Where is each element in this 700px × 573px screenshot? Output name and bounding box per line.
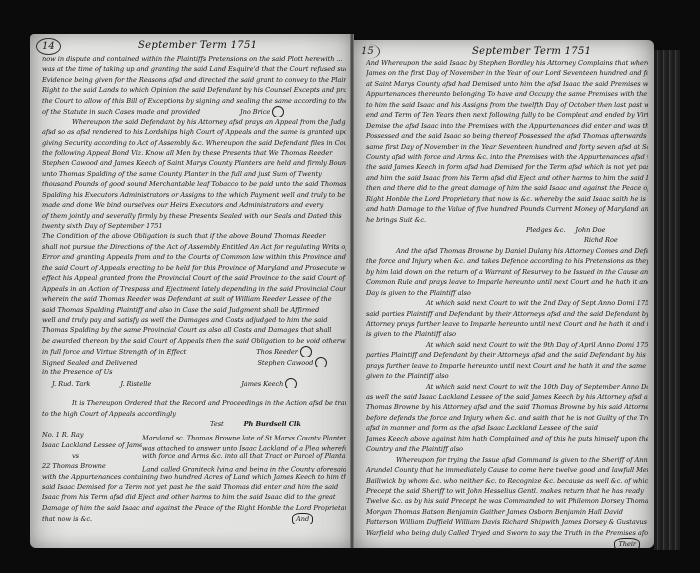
text-line: to the high Court of Appeals accordingly	[42, 409, 346, 419]
text-line: wherein the said Thomas Reeder was Defen…	[42, 294, 346, 304]
text-line: effect his Appeal granted from the Provi…	[42, 273, 346, 283]
text-line: Arundel County that he immediately Cause…	[366, 465, 648, 475]
text-line: Appeals in an Action of Trespass and Eje…	[42, 284, 346, 294]
text-line: Day is given to the Plaintiff also	[366, 288, 648, 298]
text-line: afsd in manner and form as the afsd Isaa…	[366, 423, 648, 433]
text-line: Damage of him the said Isaac and against…	[42, 503, 346, 513]
text-line: in full force and Virtue Strength of in …	[42, 346, 346, 356]
text-line: prays further leave to Imparle hereunto …	[366, 361, 648, 371]
text-line: Morgan Thomas Batson Benjamin Gaither Ja…	[366, 507, 648, 517]
witness-signature: J. Rud. Tark	[52, 380, 90, 388]
text-line: Patterson William Duffield William Davis…	[366, 517, 648, 527]
text-line: 22 Thomas BrowneLand called Graniteck ly…	[42, 461, 346, 471]
text-line: Whereupon for trying the Issue afsd Comm…	[366, 455, 648, 465]
signature: Jno Brice	[240, 108, 270, 116]
text-line: Demise the afsd Isaac into the Premises …	[366, 121, 648, 131]
text-line: same first Day of November in the Year S…	[366, 142, 648, 152]
seal-icon	[300, 346, 312, 356]
text-line: at Saint Marys County afsd had Demised u…	[366, 79, 648, 89]
text-line: Pledges &c.John Doe	[366, 225, 648, 235]
text-line: Attorney prays further leave to Imparle …	[366, 319, 648, 329]
text-line: Whereupon the said Defendant by his Atto…	[42, 117, 346, 127]
text-line: Possessed and the said Isaac so being th…	[366, 131, 648, 141]
seal-icon	[272, 106, 284, 116]
text-line: Precept the said Sheriff to wit John Hes…	[366, 486, 648, 496]
right-page-text: And Whereupon the said Isaac by Stephen …	[366, 58, 648, 549]
text-line: The Condition of the above Obligation is…	[42, 231, 346, 241]
text-line: At which said next Court to wit the 10th…	[366, 382, 648, 392]
text-line: then and there did to the great damage o…	[366, 183, 648, 193]
right-page-heading: September Term 1751	[472, 46, 591, 57]
text-line: Thomas Spalding by the same Provincial C…	[42, 325, 346, 335]
text-line: said parties Plaintiff and Defendant by …	[366, 309, 648, 319]
text-line: was at the time of taking up and grantin…	[42, 64, 346, 74]
text-line: of the Statute in such Cases made and pr…	[42, 106, 346, 116]
text-line: parties Plaintiff and Defendant by their…	[366, 350, 648, 360]
text-line: Signed Sealed and DeliveredStephen Cawoo…	[42, 357, 346, 367]
catchword: Their	[614, 538, 640, 548]
page-edges	[654, 50, 680, 550]
text-line: TestPh Burdsell Clk	[42, 419, 346, 429]
left-page: 14 September Term 1751 now in dispute an…	[30, 34, 352, 548]
text-line: Evidence being given for the Reasons afs…	[42, 75, 346, 85]
text-line: Richd Roe	[366, 235, 648, 245]
text-line: by him laid down on the return of a Warr…	[366, 267, 648, 277]
text-line: Right to the said Lands to which Opinion…	[42, 85, 346, 95]
text-line: now in dispute and contained within the …	[42, 54, 346, 64]
text-line: And the afsd Thomas Browne by Daniel Dul…	[366, 246, 648, 256]
text-line: in the Presence of Us	[42, 367, 346, 377]
text-line: giving Security according to Act of Asse…	[42, 138, 346, 148]
text-line: he brings Suit &c.	[366, 215, 648, 225]
left-page-heading: September Term 1751	[138, 40, 257, 51]
text-line: before defends the force and Injury when…	[366, 413, 648, 423]
text-line: the said James Keech in form afsd had De…	[366, 162, 648, 172]
text-line: the force and Injury when &c. and takes …	[366, 256, 648, 266]
text-line: Bailiwick by whom &c. who neither &c. to…	[366, 476, 648, 486]
text-line: Common Rule and prays leave to Imparle h…	[366, 277, 648, 287]
text-line: Error and granting Appeals from and to t…	[42, 252, 346, 262]
text-line: Their	[366, 538, 648, 548]
text-line: end and Term of Ten Years then next foll…	[366, 110, 648, 120]
witness-signature: J. Ristelle	[120, 380, 151, 388]
text-line: Isaac from his Term afsd did Eject and o…	[42, 492, 346, 502]
text-line: as well the said Isaac Lackland Lessee o…	[366, 392, 648, 402]
text-line: unto Thomas Spalding of the same County …	[42, 169, 346, 179]
text-line: Right Honble the Lord Proprietary that n…	[366, 194, 648, 204]
text-line: and him the said Isaac from his Term afs…	[366, 173, 648, 183]
text-line: is given to the Plaintiff also	[366, 329, 648, 339]
text-line: Thomas Browne by his Attorney afsd and t…	[366, 402, 648, 412]
text-line: At which said next Court to wit the 9th …	[366, 340, 648, 350]
text-line: that now is &c.And	[42, 513, 346, 523]
text-line: to him the said Isaac and his Assigns fr…	[366, 100, 648, 110]
text-line: made and done We bind ourselves our Heir…	[42, 200, 346, 210]
manuscript-spread: 14 September Term 1751 now in dispute an…	[0, 0, 700, 573]
right-page: 15 September Term 1751 And Whereupon the…	[354, 40, 654, 548]
text-line	[42, 388, 346, 398]
text-line: Country and the Plaintiff also	[366, 444, 648, 454]
catchword: And	[292, 513, 313, 523]
text-line: and hath Damage to the Value of five hun…	[366, 204, 648, 214]
left-page-text: now in dispute and contained within the …	[42, 54, 346, 524]
text-line: the following Appeal Bond Viz. Know all …	[42, 148, 346, 158]
text-line: thousand Pounds of good sound Merchantab…	[42, 179, 346, 189]
text-line: vswith force and Arms &c. into all that …	[42, 451, 346, 461]
text-line: twenty sixth Day of September 1751	[42, 221, 346, 231]
right-page-number: 15	[356, 44, 380, 59]
text-line: At which said next Court to wit the 2nd …	[366, 298, 648, 308]
seal-icon	[285, 378, 297, 388]
text-line: said Thomas Spalding Plaintiff and also …	[42, 305, 346, 315]
text-line: County afsd with force and Arms &c. into…	[366, 152, 648, 162]
text-line: Stephen Cawood and James Keech of Saint …	[42, 158, 346, 168]
text-line: the Court to allow of this Bill of Excep…	[42, 96, 346, 106]
text-line: Appurtenances thereunto belonging To hav…	[366, 89, 648, 99]
text-line: said Isaac Demised for a Term not yet pa…	[42, 482, 346, 492]
text-line: And Whereupon the said Isaac by Stephen …	[366, 58, 648, 68]
left-page-number: 14	[36, 38, 61, 55]
clerk-signature: Ph Burdsell Clk	[244, 420, 301, 428]
seal-icon	[315, 357, 327, 367]
text-line: James Keech above against him hath Compl…	[366, 434, 648, 444]
text-line: given to the Plaintiff also	[366, 371, 648, 381]
text-line: It is Thereupon Ordered that the Record …	[42, 398, 346, 408]
text-line: well and truly pay and satisfy as well t…	[42, 315, 346, 325]
text-line: the said Court of Appeals erecting to be…	[42, 263, 346, 273]
text-line: J. Rud. TarkJ. RistelleJames Keech	[42, 378, 346, 388]
pledges-label: Pledges &c.	[526, 226, 565, 234]
text-line: be awarded thereon by the said Court of …	[42, 336, 346, 346]
text-line: of them jointly and severally firmly by …	[42, 211, 346, 221]
text-line: afsd so as afsd rendered to his Lordship…	[42, 127, 346, 137]
text-line: Spalding his Executors Administrators or…	[42, 190, 346, 200]
text-line: shall not pursue the Directions of the A…	[42, 242, 346, 252]
text-line: No. 1 R. RayMaryland sc. Thomas Browne l…	[42, 430, 346, 440]
text-line: with the Appurtenances containing two hu…	[42, 472, 346, 482]
text-line: Isaac Lackland Lessee of James Keechwas …	[42, 440, 346, 450]
text-line: Warfield who being duly Called Tryed and…	[366, 528, 648, 538]
text-line: James on the first Day of November in th…	[366, 68, 648, 78]
text-line: Twelve &c. as by his said Precept he was…	[366, 496, 648, 506]
